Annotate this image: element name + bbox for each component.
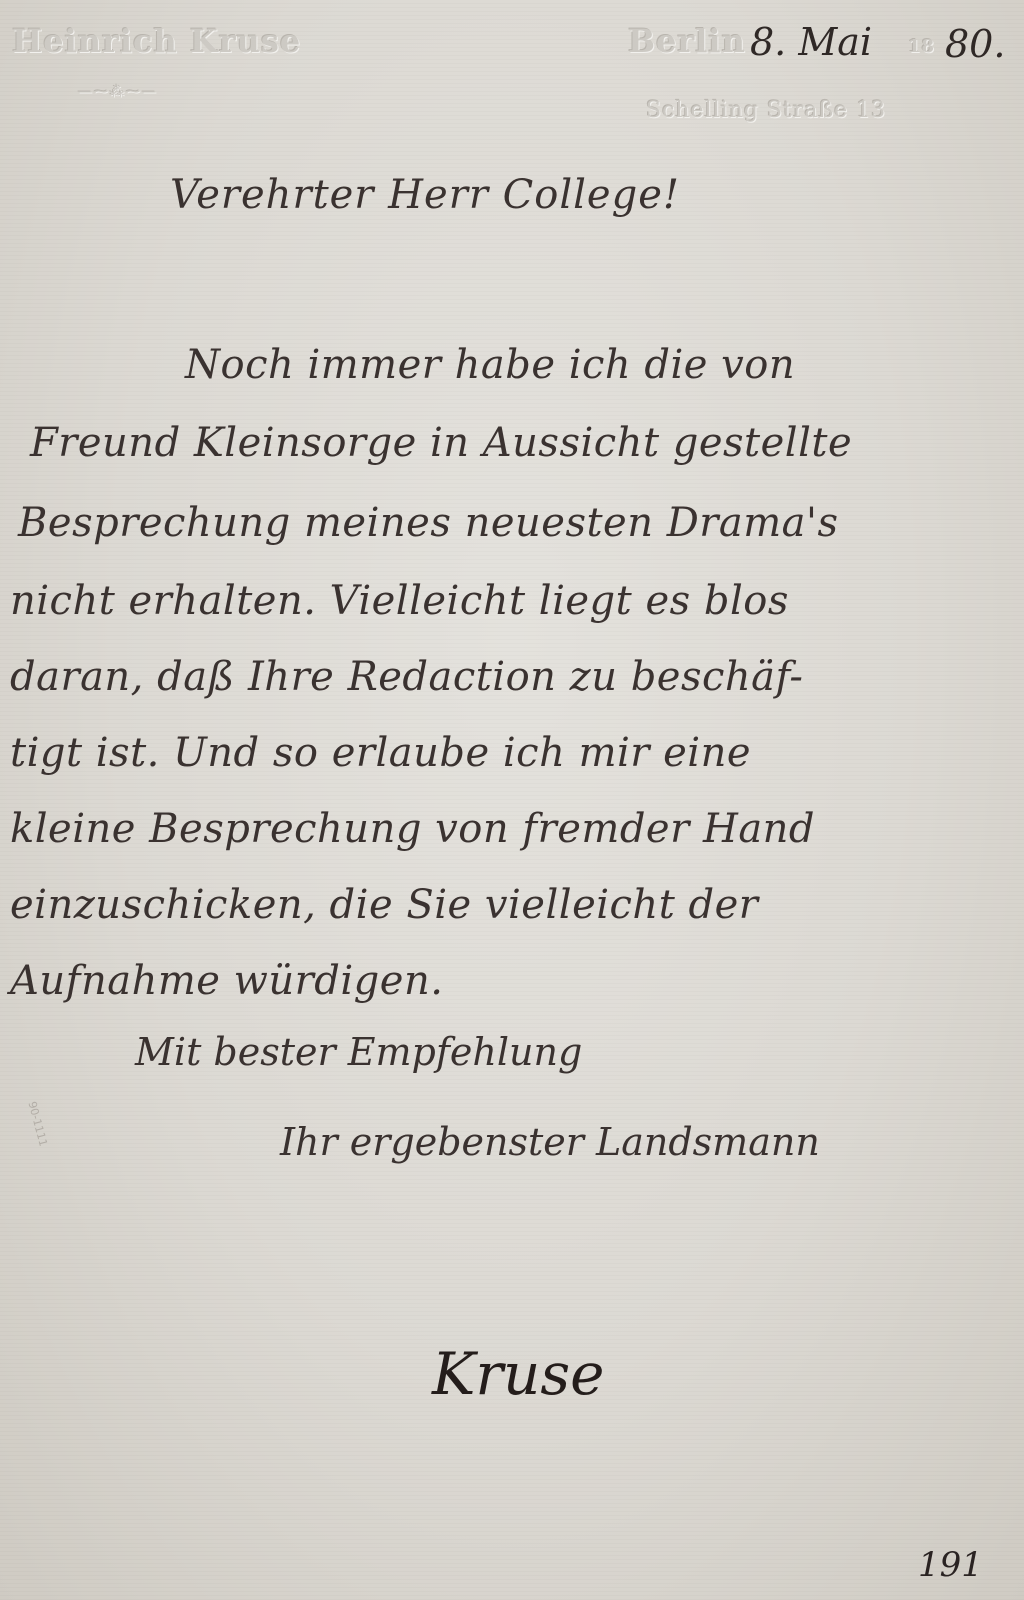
- closing-line-1: Mit bester Empfehlung: [135, 1030, 582, 1074]
- date-year: 80.: [945, 22, 1005, 66]
- letter-paper: Heinrich Kruse —⁓⁂⁓— Berlin 18 Schelling…: [0, 0, 1024, 1600]
- letterhead-name: Heinrich Kruse: [12, 22, 301, 60]
- body-line: tigt ist. Und so erlaube ich mir eine: [10, 730, 751, 776]
- body-line: Freund Kleinsorge in Aussicht gestellte: [30, 420, 852, 466]
- date-day-month: 8. Mai: [750, 20, 872, 64]
- letterhead-city: Berlin: [628, 22, 746, 60]
- body-line: Noch immer habe ich die von: [185, 342, 795, 388]
- salutation: Verehrter Herr College!: [170, 172, 680, 218]
- letterhead-year-prefix: 18: [908, 36, 935, 57]
- body-line: Besprechung meines neuesten Drama's: [18, 500, 839, 546]
- letterhead-street: Schelling Straße 13: [646, 98, 886, 123]
- page-number: 191: [918, 1545, 983, 1585]
- body-line: einzuschicken, die Sie vielleicht der: [10, 882, 758, 928]
- body-line: daran, daß Ihre Redaction zu beschäf-: [10, 654, 803, 700]
- archive-stamp: 90-1111: [25, 1100, 49, 1148]
- closing-line-2: Ihr ergebenster Landsmann: [280, 1120, 820, 1164]
- body-line: Aufnahme würdigen.: [10, 958, 443, 1004]
- letterhead-ornament: —⁓⁂⁓—: [78, 84, 158, 100]
- body-line: kleine Besprechung von fremder Hand: [10, 806, 815, 852]
- body-line: nicht erhalten. Vielleicht liegt es blos: [10, 578, 789, 624]
- signature: Kruse: [432, 1340, 605, 1408]
